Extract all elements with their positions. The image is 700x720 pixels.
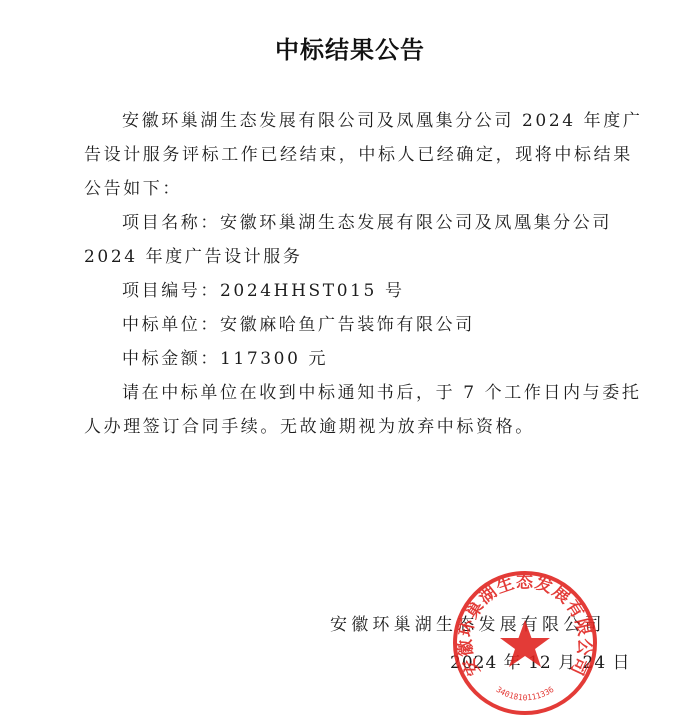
winning-amount: 中标金额：117300 元 xyxy=(84,342,614,376)
project-number: 项目编号：2024HHST015 号 xyxy=(84,274,614,308)
notice-line-2: 人办理签订合同手续。无故逾期视为放弃中标资格。 xyxy=(84,410,614,444)
intro-line-3: 公告如下： xyxy=(84,172,614,206)
intro-line-2: 告设计服务评标工作已经结束，中标人已经确定，现将中标结果 xyxy=(84,138,614,172)
svg-text:3401810111336: 3401810111336 xyxy=(494,685,555,702)
page-title: 中标结果公告 xyxy=(0,30,700,65)
signature-date: 2024 年 12 月 24 日 xyxy=(450,648,631,673)
notice-line-1: 请在中标单位在收到中标通知书后，于 7 个工作日内与委托 xyxy=(84,376,614,410)
signature-company: 安徽环巢湖生态发展有限公司 xyxy=(330,610,606,635)
project-name-line-2: 2024 年度广告设计服务 xyxy=(84,240,614,274)
winning-unit: 中标单位：安徽麻哈鱼广告装饰有限公司 xyxy=(84,308,614,342)
official-seal-icon: 安徽环巢湖生态发展有限公司 3401810111336 xyxy=(450,568,600,718)
intro-line-1: 安徽环巢湖生态发展有限公司及凤凰集分公司 2024 年度广 xyxy=(84,104,614,138)
project-name-line-1: 项目名称：安徽环巢湖生态发展有限公司及凤凰集分公司 xyxy=(84,206,614,240)
announcement-body: 安徽环巢湖生态发展有限公司及凤凰集分公司 2024 年度广 告设计服务评标工作已… xyxy=(84,104,614,444)
